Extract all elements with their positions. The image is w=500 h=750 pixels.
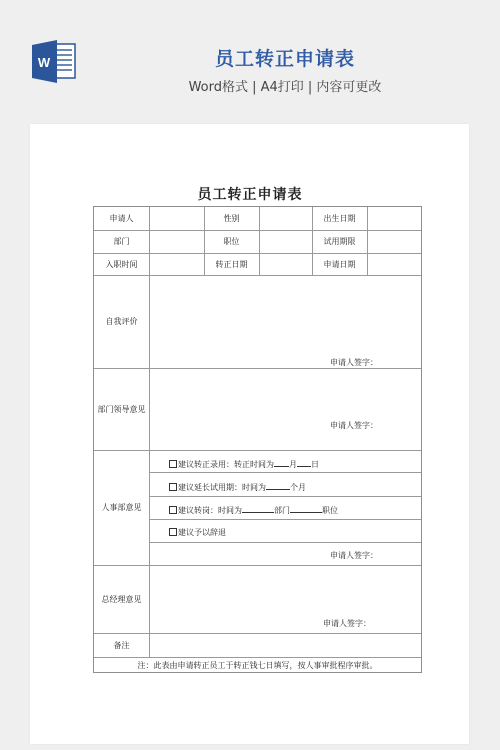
label-applicant: 申请人 — [94, 207, 149, 230]
label-remarks: 备注 — [94, 633, 149, 657]
label-self-evaluation: 自我评价 — [94, 275, 149, 368]
label-hr-opinion: 人事部意见 — [94, 450, 149, 565]
row-divider — [149, 472, 421, 473]
self-evaluation-signature: 申请人签字： — [330, 357, 378, 368]
header-subtitle: Word格式 | A4打印 | 内容可更改 — [0, 76, 500, 95]
row-divider — [149, 519, 421, 520]
field-regularization-date[interactable] — [260, 253, 312, 275]
field-remarks[interactable] — [150, 633, 421, 657]
field-department[interactable] — [150, 230, 204, 253]
row-divider — [149, 496, 421, 497]
checkbox-icon[interactable] — [169, 460, 177, 468]
gm-signature: 申请人签字： — [323, 618, 371, 629]
hr-option-approve[interactable]: 建议转正录用：转正时间为月日 — [169, 458, 319, 470]
label-birth-date: 出生日期 — [312, 207, 367, 230]
label-hire-date: 入职时间 — [94, 253, 149, 275]
field-applicant[interactable] — [150, 207, 204, 230]
checkbox-icon[interactable] — [169, 506, 177, 514]
label-application-date: 申请日期 — [312, 253, 367, 275]
hr-option-dismiss[interactable]: 建议予以辞退 — [169, 527, 226, 538]
field-hire-date[interactable] — [150, 253, 204, 275]
label-position: 职位 — [204, 230, 259, 253]
row-divider — [149, 542, 421, 543]
label-regularization-date: 转正日期 — [204, 253, 259, 275]
label-gender: 性别 — [204, 207, 259, 230]
form-note: 注：此表由申请转正员工于转正钱七日填写，按人事审批程序审批。 — [94, 657, 421, 673]
hr-option-transfer[interactable]: 建议转岗：时间为部门职位 — [169, 504, 338, 516]
field-gender[interactable] — [260, 207, 312, 230]
label-dept-leader-opinion: 部门领导意见 — [94, 368, 149, 450]
checkbox-icon[interactable] — [169, 528, 177, 536]
dept-leader-signature: 申请人签字： — [330, 420, 378, 431]
hr-signature: 申请人签字： — [330, 550, 378, 561]
label-gm-opinion: 总经理意见 — [94, 565, 149, 633]
label-department: 部门 — [94, 230, 149, 253]
checkbox-icon[interactable] — [169, 483, 177, 491]
header-title: 员工转正申请表 — [0, 44, 500, 71]
field-application-date[interactable] — [368, 253, 421, 275]
document-title: 员工转正申请表 — [0, 184, 500, 204]
field-probation-period[interactable] — [368, 230, 421, 253]
application-form: 申请人 性别 出生日期 部门 职位 试用期限 入职时间 转正日期 申请日期 自我… — [93, 206, 422, 673]
hr-option-extend-probation[interactable]: 建议延长试用期：时间为个月 — [169, 481, 306, 493]
field-position[interactable] — [260, 230, 312, 253]
field-birth-date[interactable] — [368, 207, 421, 230]
label-probation-period: 试用期限 — [312, 230, 367, 253]
